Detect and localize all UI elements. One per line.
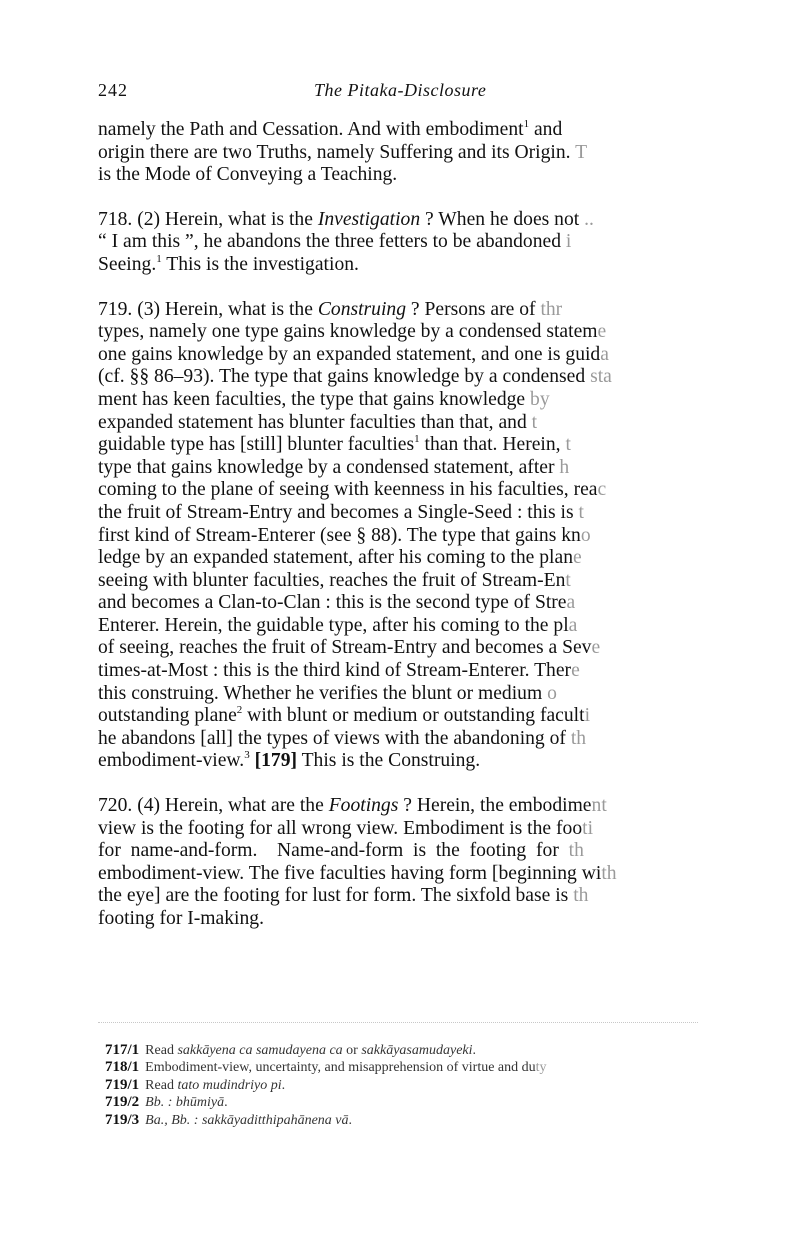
text-line: type that gains knowledge by a condensed… — [98, 457, 793, 480]
text-span: Seeing. — [98, 254, 156, 275]
clipped-text: h — [559, 457, 569, 478]
running-head: 242 The Pitaka-Disclosure — [98, 80, 793, 104]
clipped-text: e — [571, 660, 580, 681]
clipped-text: .. — [584, 209, 594, 230]
text-span: This is the investigation. — [162, 254, 359, 275]
footnote-719-3: 719/3Ba., Bb. : sakkāyaditthipahānena vā… — [105, 1112, 745, 1129]
clipped-text: th — [601, 863, 616, 884]
text-span: ? Persons are of — [406, 299, 540, 320]
text-span: namely the Path and Cessation. And with … — [98, 119, 524, 140]
italic-term: Ba., Bb. : sakkāyaditthipahānena vā — [145, 1113, 348, 1128]
footnote-ref[interactable]: 717/1 — [105, 1042, 139, 1058]
text-span: Embodiment-view, uncertainty, and misapp… — [145, 1060, 535, 1075]
clipped-text: th — [573, 885, 588, 906]
text-span: footing for I-making. — [98, 908, 264, 929]
italic-term: Bb. : bhūmiyā — [145, 1095, 224, 1110]
clipped-text: e — [591, 637, 600, 658]
text-span: Read — [145, 1043, 177, 1058]
text-span: guidable type has [still] blunter facult… — [98, 434, 414, 455]
clipped-text: a — [600, 344, 609, 365]
body-text: namely the Path and Cessation. And with … — [98, 119, 793, 931]
clipped-text: t — [565, 434, 570, 455]
text-line: types, namely one type gains knowledge b… — [98, 321, 793, 344]
text-span: (cf. §§ 86–93). The type that gains know… — [98, 366, 590, 387]
italic-term: tato mudindriyo pi — [177, 1078, 281, 1093]
text-span: 720. (4) Herein, what are the — [98, 795, 329, 816]
document-page: 242 The Pitaka-Disclosure namely the Pat… — [0, 0, 793, 1239]
page-number: 242 — [98, 80, 128, 101]
text-span: or — [343, 1043, 362, 1058]
italic-term: Footings — [329, 795, 399, 816]
text-span: coming to the plane of seeing with keenn… — [98, 479, 598, 500]
text-line: embodiment-view. The five faculties havi… — [98, 863, 793, 886]
text-line: he abandons [all] the types of views wit… — [98, 728, 793, 751]
text-line: guidable type has [still] blunter facult… — [98, 434, 793, 457]
paragraph-717-continuation: namely the Path and Cessation. And with … — [98, 119, 793, 187]
footnote-718-1: 718/1Embodiment-view, uncertainty, and m… — [105, 1059, 745, 1076]
text-line: the fruit of Stream-Entry and becomes a … — [98, 502, 793, 525]
footnote-divider — [98, 1022, 698, 1023]
text-line: 718. (2) Herein, what is the Investigati… — [98, 209, 793, 232]
text-span: is the Mode of Conveying a Teaching. — [98, 164, 397, 185]
italic-term: sakkāyena ca samudayena ca — [177, 1043, 342, 1058]
text-line: ment has keen faculties, the type that g… — [98, 389, 793, 412]
text-span: one gains knowledge by an expanded state… — [98, 344, 600, 365]
clipped-text: i — [566, 231, 571, 252]
text-span: “ I am this ”, he abandons the three fet… — [98, 231, 566, 252]
text-span: type that gains knowledge by a condensed… — [98, 457, 559, 478]
italic-term: Construing — [318, 299, 406, 320]
clipped-text: ti — [582, 818, 593, 839]
text-span: embodiment-view. — [98, 750, 244, 771]
text-line: this construing. Whether he verifies the… — [98, 683, 793, 706]
text-line: outstanding plane2 with blunt or medium … — [98, 705, 793, 728]
text-span: This is the Construing. — [297, 750, 480, 771]
text-span: times-at-Most : this is the third kind o… — [98, 660, 571, 681]
text-span: for name-and-form. Name-and-form is the … — [98, 840, 569, 861]
text-span: view is the footing for all wrong view. … — [98, 818, 582, 839]
text-span: 718. (2) Herein, what is the — [98, 209, 318, 230]
text-line: view is the footing for all wrong view. … — [98, 818, 793, 841]
text-line: one gains knowledge by an expanded state… — [98, 344, 793, 367]
text-line: “ I am this ”, he abandons the three fet… — [98, 231, 793, 254]
text-span: origin there are two Truths, namely Suff… — [98, 142, 575, 163]
clipped-text: i — [585, 705, 590, 726]
clipped-text: a — [567, 592, 576, 613]
clipped-text: o — [581, 525, 591, 546]
clipped-text: th — [569, 840, 584, 861]
footnote-719-2: 719/2Bb. : bhūmiyā. — [105, 1094, 745, 1111]
clipped-text: by — [530, 389, 550, 410]
footnotes: 717/1Read sakkāyena ca samudayena ca or … — [105, 1042, 745, 1129]
text-span: . — [473, 1043, 477, 1058]
text-line: ledge by an expanded statement, after hi… — [98, 547, 793, 570]
clipped-text: e — [598, 321, 607, 342]
text-span: . — [349, 1113, 353, 1128]
text-span: 719. (3) Herein, what is the — [98, 299, 318, 320]
italic-term: sakkāyasamudayeki — [361, 1043, 472, 1058]
text-span: ledge by an expanded statement, after hi… — [98, 547, 573, 568]
text-line: first kind of Stream-Enterer (see § 88).… — [98, 525, 793, 548]
clipped-text: ty — [536, 1060, 547, 1075]
text-line: coming to the plane of seeing with keenn… — [98, 479, 793, 502]
clipped-text: a — [569, 615, 578, 636]
text-line: 719. (3) Herein, what is the Construing … — [98, 299, 793, 322]
footnote-ref[interactable]: 718/1 — [105, 1059, 139, 1075]
text-line: Seeing.1 This is the investigation. — [98, 254, 793, 277]
text-span: types, namely one type gains knowledge b… — [98, 321, 598, 342]
text-span: the eye] are the footing for lust for fo… — [98, 885, 573, 906]
text-span: he abandons [all] the types of views wit… — [98, 728, 571, 749]
text-span: and — [529, 119, 562, 140]
text-span: expanded statement has blunter faculties… — [98, 412, 532, 433]
text-span: . — [224, 1095, 228, 1110]
clipped-text: o — [547, 683, 557, 704]
text-span: seeing with blunter faculties, reaches t… — [98, 570, 565, 591]
clipped-text: T — [575, 142, 587, 163]
text-line: times-at-Most : this is the third kind o… — [98, 660, 793, 683]
text-line: expanded statement has blunter faculties… — [98, 412, 793, 435]
clipped-text: nt — [592, 795, 607, 816]
text-span: the fruit of Stream-Entry and becomes a … — [98, 502, 578, 523]
text-line: seeing with blunter faculties, reaches t… — [98, 570, 793, 593]
text-line: embodiment-view.3 [179] This is the Cons… — [98, 750, 793, 773]
text-span: with blunt or medium or outstanding facu… — [242, 705, 584, 726]
text-line: origin there are two Truths, namely Suff… — [98, 142, 793, 165]
text-line: is the Mode of Conveying a Teaching. — [98, 164, 793, 187]
text-span: . — [282, 1078, 286, 1093]
text-line: (cf. §§ 86–93). The type that gains know… — [98, 366, 793, 389]
text-line: footing for I-making. — [98, 908, 793, 931]
footnote-ref[interactable]: 719/1 — [105, 1077, 139, 1093]
clipped-text: t — [565, 570, 570, 591]
text-line: namely the Path and Cessation. And with … — [98, 119, 793, 142]
clipped-text: t — [578, 502, 583, 523]
text-span: first kind of Stream-Enterer (see § 88).… — [98, 525, 581, 546]
paragraph-720: 720. (4) Herein, what are the Footings ?… — [98, 795, 793, 931]
clipped-text: thr — [540, 299, 562, 320]
footnote-719-1: 719/1Read tato mudindriyo pi. — [105, 1077, 745, 1094]
text-line: Enterer. Herein, the guidable type, afte… — [98, 615, 793, 638]
footnote-717-1: 717/1Read sakkāyena ca samudayena ca or … — [105, 1042, 745, 1059]
text-span: ? When he does not — [420, 209, 584, 230]
text-span: ? Herein, the embodime — [398, 795, 591, 816]
italic-term: Investigation — [318, 209, 420, 230]
text-span: of seeing, reaches the fruit of Stream-E… — [98, 637, 591, 658]
clipped-text: th — [571, 728, 586, 749]
clipped-text: t — [532, 412, 537, 433]
clipped-text: c — [598, 479, 607, 500]
text-span: this construing. Whether he verifies the… — [98, 683, 547, 704]
text-span: ment has keen faculties, the type that g… — [98, 389, 530, 410]
text-span: than that. Herein, — [420, 434, 566, 455]
original-page-reference: [179] — [255, 750, 297, 771]
clipped-text: sta — [590, 366, 612, 387]
text-line: the eye] are the footing for lust for fo… — [98, 885, 793, 908]
paragraph-718: 718. (2) Herein, what is the Investigati… — [98, 209, 793, 277]
text-line: 720. (4) Herein, what are the Footings ?… — [98, 795, 793, 818]
text-span: outstanding plane — [98, 705, 237, 726]
text-span: embodiment-view. The five faculties havi… — [98, 863, 601, 884]
text-line: for name-and-form. Name-and-form is the … — [98, 840, 793, 863]
footnote-ref[interactable]: 719/3 — [105, 1112, 139, 1128]
footnote-marker[interactable]: 3 — [244, 749, 250, 761]
text-line: of seeing, reaches the fruit of Stream-E… — [98, 637, 793, 660]
running-title: The Pitaka-Disclosure — [314, 80, 486, 101]
text-span: Enterer. Herein, the guidable type, afte… — [98, 615, 569, 636]
text-span: and becomes a Clan-to-Clan : this is the… — [98, 592, 567, 613]
text-span: Read — [145, 1078, 177, 1093]
paragraph-719: 719. (3) Herein, what is the Construing … — [98, 299, 793, 773]
clipped-text: e — [573, 547, 582, 568]
footnote-ref[interactable]: 719/2 — [105, 1094, 139, 1110]
text-line: and becomes a Clan-to-Clan : this is the… — [98, 592, 793, 615]
